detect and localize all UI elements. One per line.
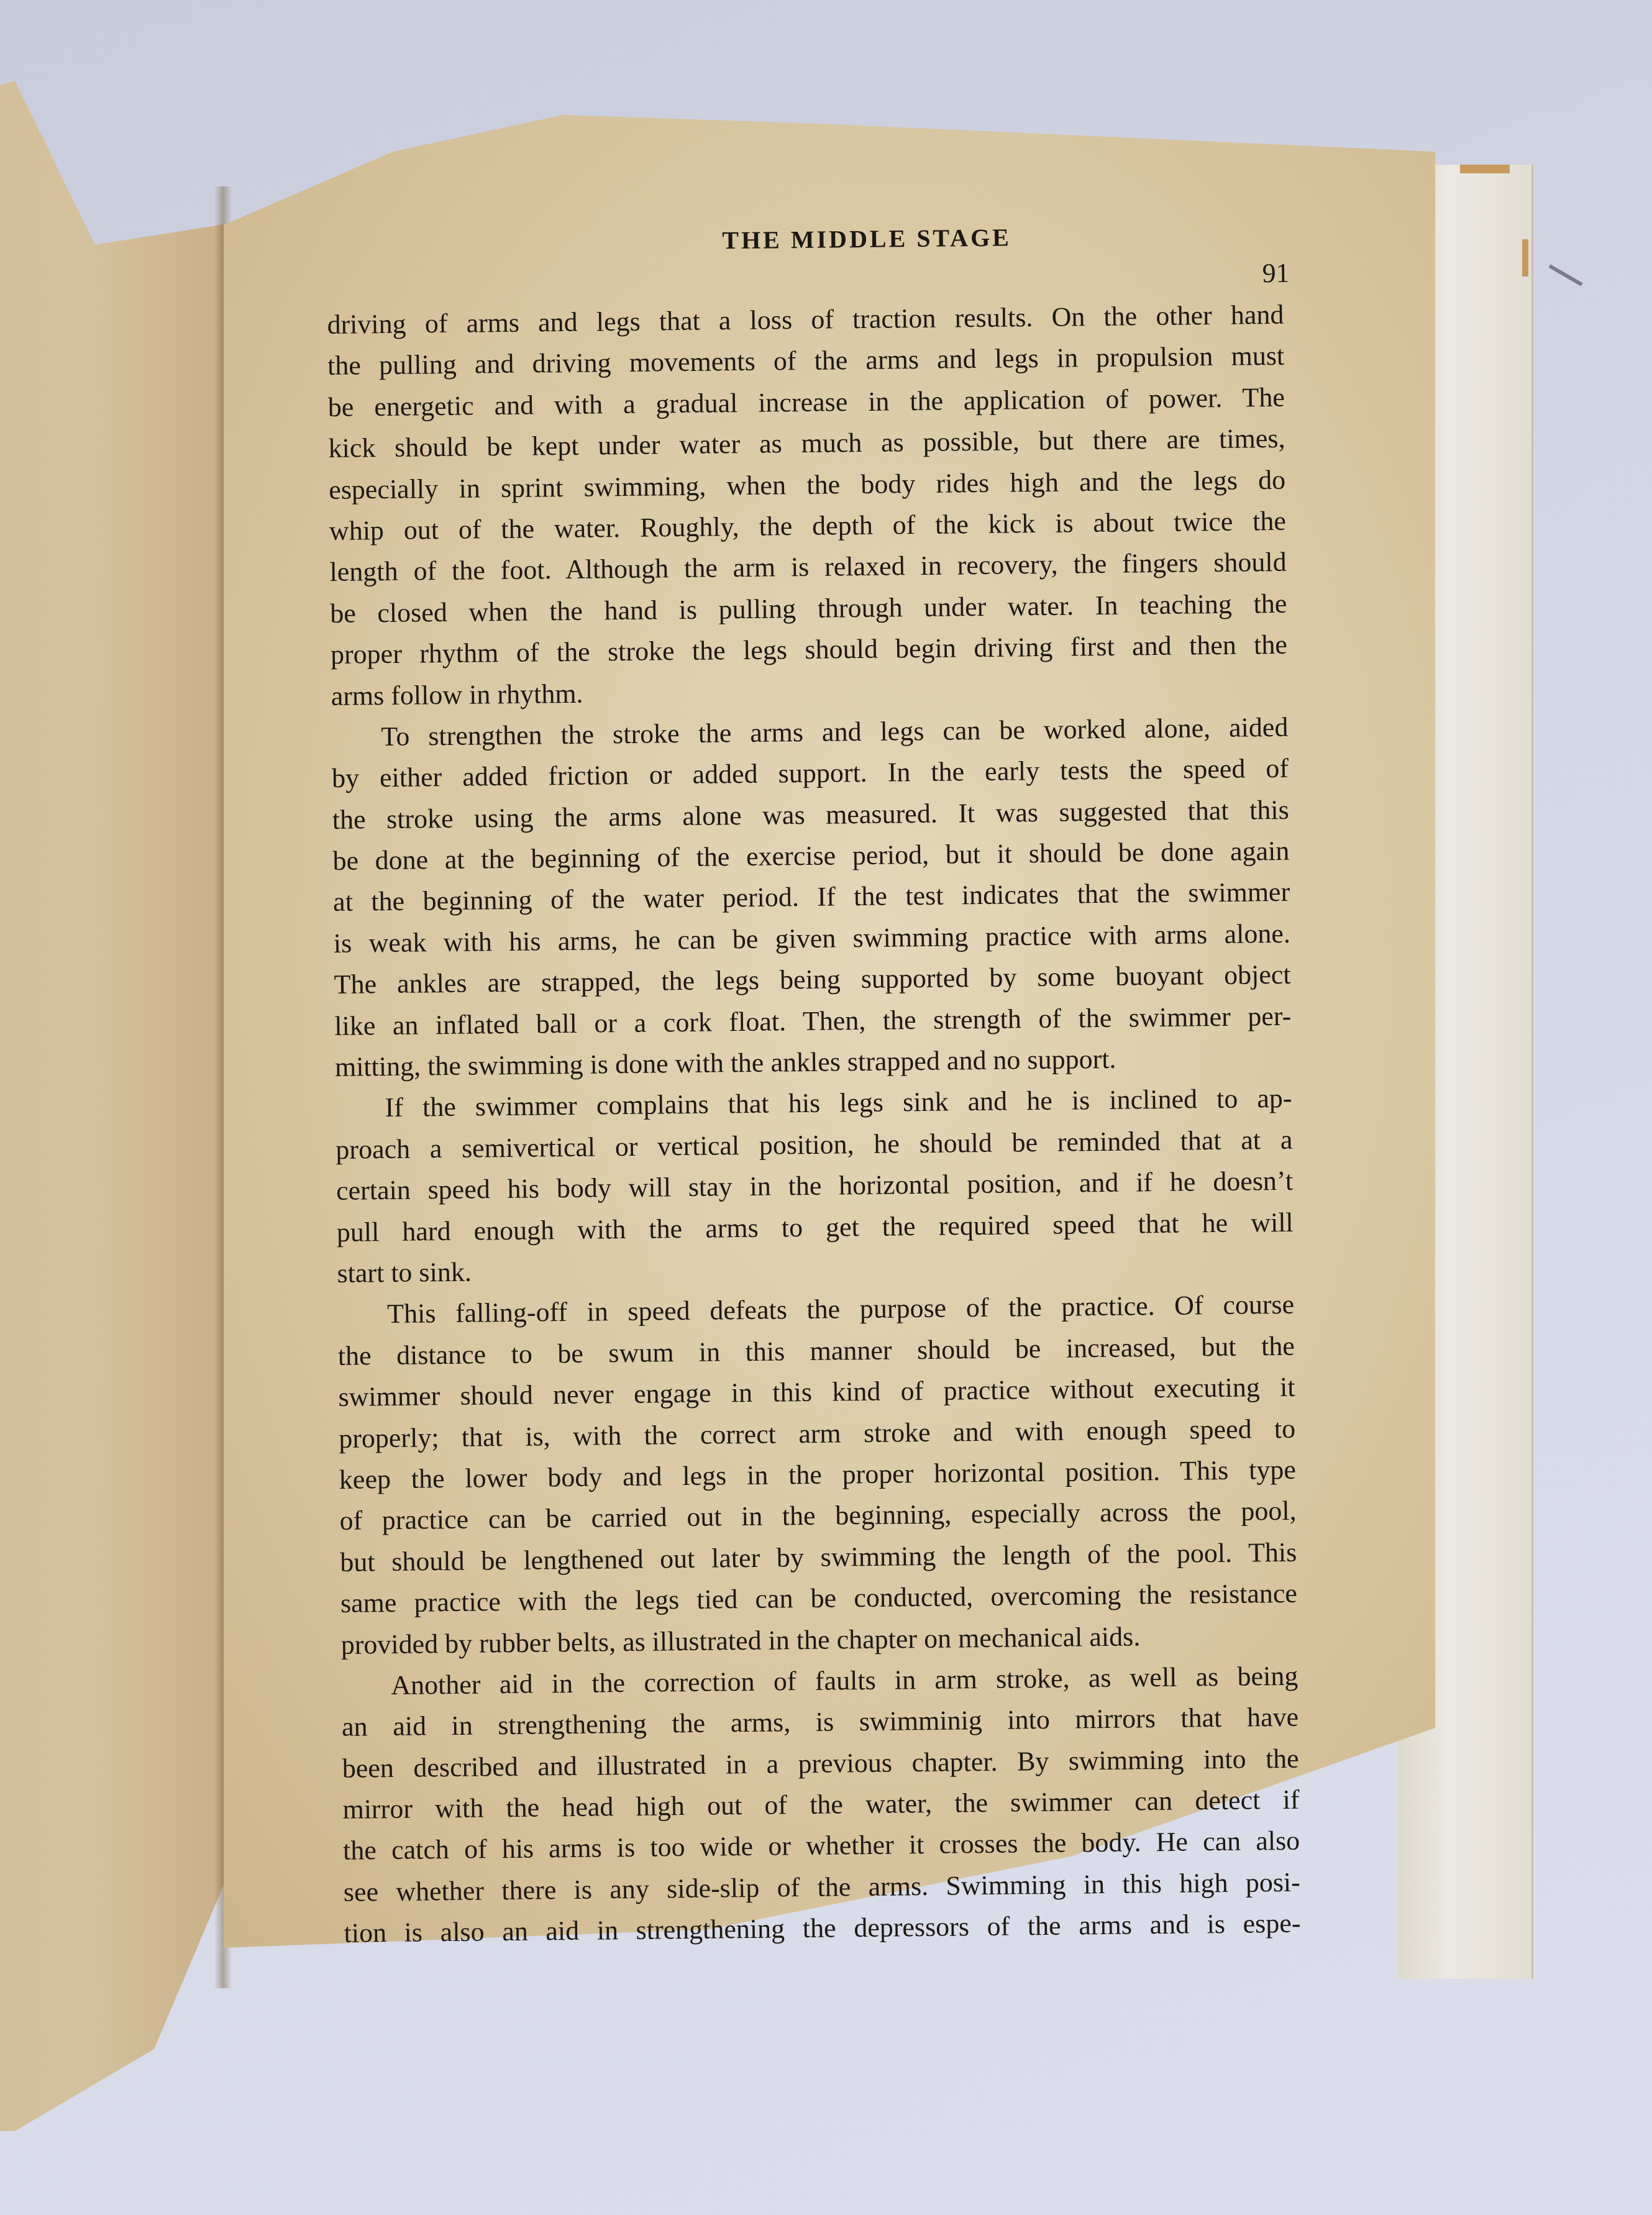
body-text: driving of arms and legs that a loss of … [327, 295, 1301, 1955]
worn-cover-edge [1460, 165, 1510, 173]
worn-cover-edge [1522, 239, 1528, 276]
left-page: takingneitherhave aslish thestartere wat… [0, 81, 224, 2131]
pen-mark [1549, 264, 1583, 286]
running-head: THE MIDDLE STAGE [649, 222, 1084, 255]
page-number: 91 [1262, 257, 1290, 289]
